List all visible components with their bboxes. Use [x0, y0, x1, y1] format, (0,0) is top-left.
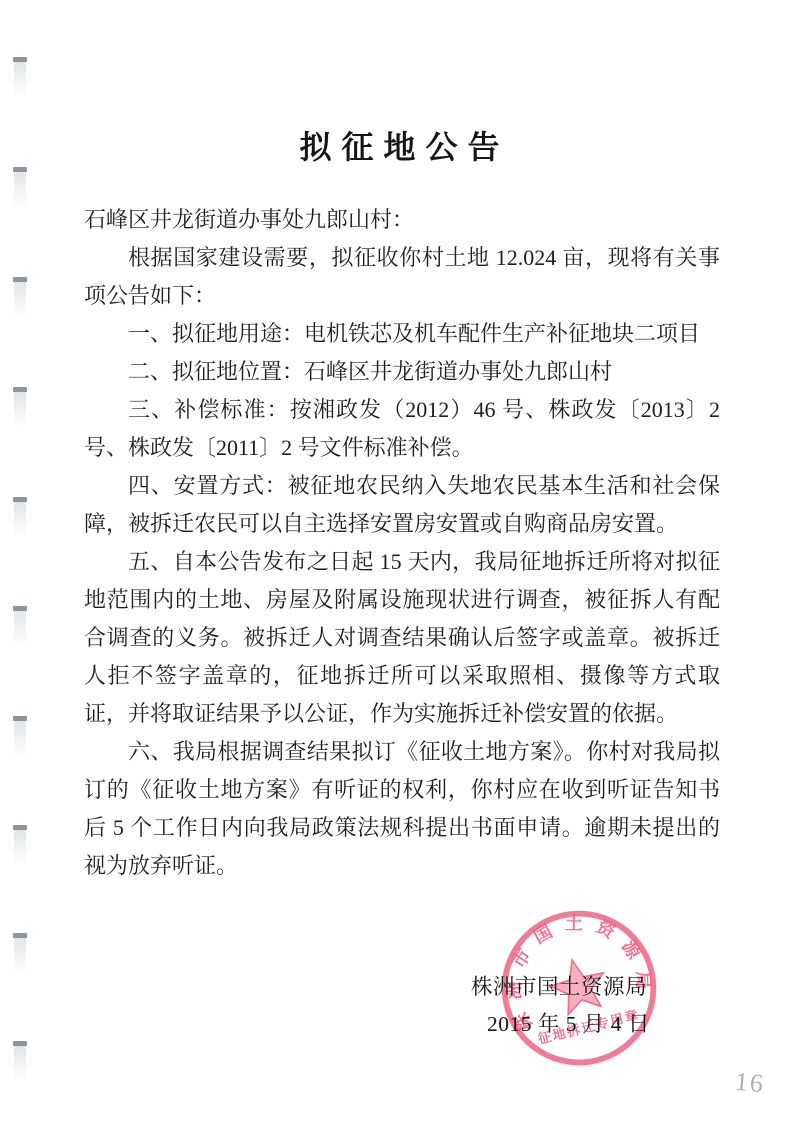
page-number: 16 — [734, 1067, 767, 1100]
binding-mark — [13, 497, 27, 502]
binding-mark — [13, 825, 27, 830]
binding-mark — [13, 57, 27, 62]
document-title: 拟 征 地 公 告 — [0, 122, 800, 168]
scanned-document-page: 拟 征 地 公 告 石峰区井龙街道办事处九郎山村：根据国家建设需要，拟征收你村土… — [0, 0, 800, 1137]
paragraph-6: 四、安置方式：被征地农民纳入失地农民基本生活和社会保障，被拆迁农民可以自主选择安… — [84, 467, 720, 543]
paragraph-7: 五、自本公告发布之日起 15 天内，我局征地拆迁所将对拟征地范围内的土地、房屋及… — [84, 543, 720, 733]
paragraph-3: 一、拟征地用途：电机铁芯及机车配件生产补征地块二项目 — [84, 315, 720, 353]
binding-mark — [13, 1041, 27, 1046]
document-body: 石峰区井龙街道办事处九郎山村：根据国家建设需要，拟征收你村土地 12.024 亩… — [84, 201, 720, 885]
paragraph-4: 二、拟征地位置：石峰区井龙街道办事处九郎山村 — [84, 353, 720, 391]
binding-mark — [13, 277, 27, 282]
binding-mark — [13, 606, 27, 611]
paragraph-2: 根据国家建设需要，拟征收你村土地 12.024 亩，现将有关事项公告如下： — [84, 239, 720, 315]
paragraph-5: 三、补偿标准：按湘政发（2012）46 号、株政发〔2013〕2 号、株政发〔2… — [84, 391, 720, 467]
paragraph-1: 石峰区井龙街道办事处九郎山村： — [84, 201, 720, 239]
binding-mark — [13, 387, 27, 392]
signature-agency: 株洲市国土资源局 — [471, 970, 647, 1001]
binding-mark — [13, 716, 27, 721]
signature-date: 2015 年 5 月 4 日 — [487, 1007, 650, 1038]
paragraph-8: 六、我局根据调查结果拟订《征收土地方案》。你村对我局拟订的《征收土地方案》有听证… — [84, 733, 720, 885]
binding-mark — [13, 933, 27, 938]
